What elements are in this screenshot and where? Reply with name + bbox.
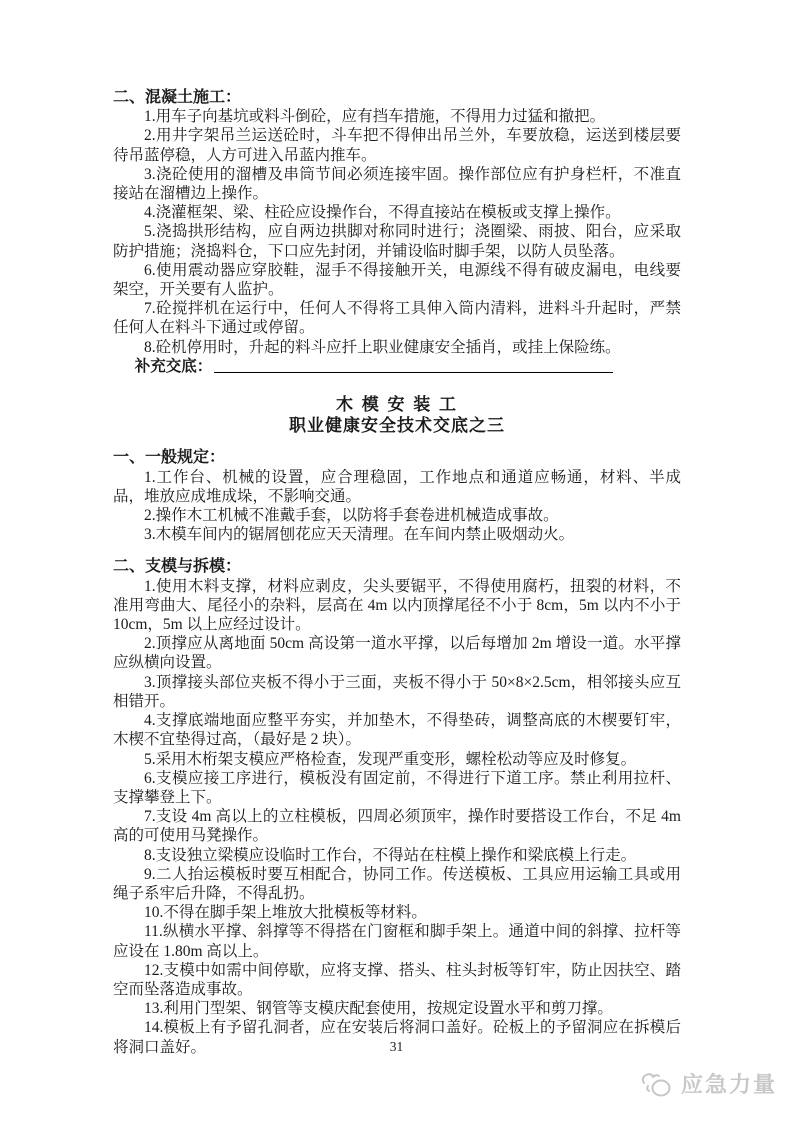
paragraph: 3.顶撑接头部位夹板不得小于三面，夹板不得小于 50×8×2.5cm，相邻接头应… xyxy=(113,673,681,711)
paragraph: 5.采用木桁架支模应严格检查，发现严重变形，螺栓松动等应及时修复。 xyxy=(113,750,681,769)
paragraph: 6.使用震动器应穿胶鞋，湿手不得接触开关，电源线不得有破皮漏电，电线要架空，开关… xyxy=(113,261,681,299)
paragraph: 9.二人抬运模板时要互相配合，协同工作。传送模板、工具应用运输工具或用绳子系牢后… xyxy=(113,865,681,903)
supplement-row: 补充交底： xyxy=(135,357,681,376)
watermark-text: 应急力量 xyxy=(681,1068,777,1099)
paragraph: 1.工作台、机械的设置，应合理稳固，工作地点和通道应畅通，材料、半成品，堆放应成… xyxy=(113,468,681,506)
paragraph: 8.砼机停用时，升起的料斗应扦上职业健康安全插肖，或挂上保险练。 xyxy=(113,338,681,357)
paragraph: 2.顶撑应从离地面 50cm 高设第一道水平撑，以后每增加 2m 增设一道。水平… xyxy=(113,634,681,672)
paragraph: 10.不得在脚手架上堆放大批模板等材料。 xyxy=(113,903,681,922)
paragraph: 5.浇捣拱形结构，应自两边拱脚对称同时进行；浇圈梁、雨披、阳台，应采取防护措施；… xyxy=(113,222,681,260)
paragraph: 4.支撑底端地面应整平夯实，并加垫木，不得垫砖，调整高底的木楔要钉牢，木楔不宜垫… xyxy=(113,711,681,749)
paragraph: 3.木模车间内的锯屑刨花应天天清理。在车间内禁止吸烟动火。 xyxy=(113,525,681,544)
paragraph: 2.用井字架吊兰运送砼时，斗车把不得伸出吊兰外，车要放稳，运送到楼层要待吊蓝停稳… xyxy=(113,126,681,164)
document-page: 二、混凝土施工： 1.用车子向基坑或料斗倒砼，应有挡车措施，不得用力过猛和撤把。… xyxy=(0,0,793,1122)
paragraph: 4.浇灌框架、梁、柱砼应设操作台，不得直接站在模板或支撑上操作。 xyxy=(113,203,681,222)
document-body: 二、混凝土施工： 1.用车子向基坑或料斗倒砼，应有挡车措施，不得用力过猛和撤把。… xyxy=(113,88,681,1057)
paragraph: 3.浇砼使用的溜槽及串筒节间必须连接牢固。操作部位应有护身栏杆，不准直接站在溜槽… xyxy=(113,165,681,203)
paragraph: 12.支模中如需中间停歇，应将支撑、搭头、柱头封板等钉牢，防止因扶空、踏空而坠落… xyxy=(113,961,681,999)
section-heading-concrete: 二、混凝土施工： xyxy=(113,88,681,107)
watermark: 应急力量 xyxy=(636,1068,777,1099)
paragraph: 7.支设 4m 高以上的立柱模板，四周必须顶牢，操作时要搭设工作台，不足 4m … xyxy=(113,807,681,845)
supplement-label: 补充交底： xyxy=(135,357,213,376)
paragraph: 11.纵横水平撑、斜撑等不得搭在门窗框和脚手架上。通道中间的斜撑、拉杆等应设在 … xyxy=(113,922,681,960)
paragraph: 6.支模应接工序进行，模板没有固定前，不得进行下道工序。禁止利用拉杆、支撑攀登上… xyxy=(113,769,681,807)
paragraph: 13.利用门型架、钢管等支模庆配套使用，按规定设置水平和剪刀撑。 xyxy=(113,999,681,1018)
paragraph: 1.使用木料支撑，材料应剥皮，尖头要锯平，不得使用腐朽，扭裂的材料，不准用弯曲大… xyxy=(113,577,681,635)
paragraph: 7.砼搅拌机在运行中，任何人不得将工具伸入筒内清料，进料斗升起时，严禁任何人在料… xyxy=(113,299,681,337)
document-title: 木 模 安 装 工 xyxy=(113,395,681,414)
paragraph: 2.操作木工机械不准戴手套，以防将手套卷进机械造成事故。 xyxy=(113,506,681,525)
page-number: 31 xyxy=(0,1039,793,1055)
section-heading-formwork: 二、支模与拆模： xyxy=(113,557,681,576)
section-heading-general: 一、一般规定： xyxy=(113,448,681,467)
paragraph: 8.支设独立梁模应设临时工作台，不得站在柱模上操作和梁底模上行走。 xyxy=(113,846,681,865)
paragraph: 1.用车子向基坑或料斗倒砼，应有挡车措施，不得用力过猛和撤把。 xyxy=(113,107,681,126)
supplement-blank-line xyxy=(214,360,613,373)
document-subtitle: 职业健康安全技术交底之三 xyxy=(113,416,681,435)
emergency-force-logo-icon xyxy=(636,1069,676,1099)
